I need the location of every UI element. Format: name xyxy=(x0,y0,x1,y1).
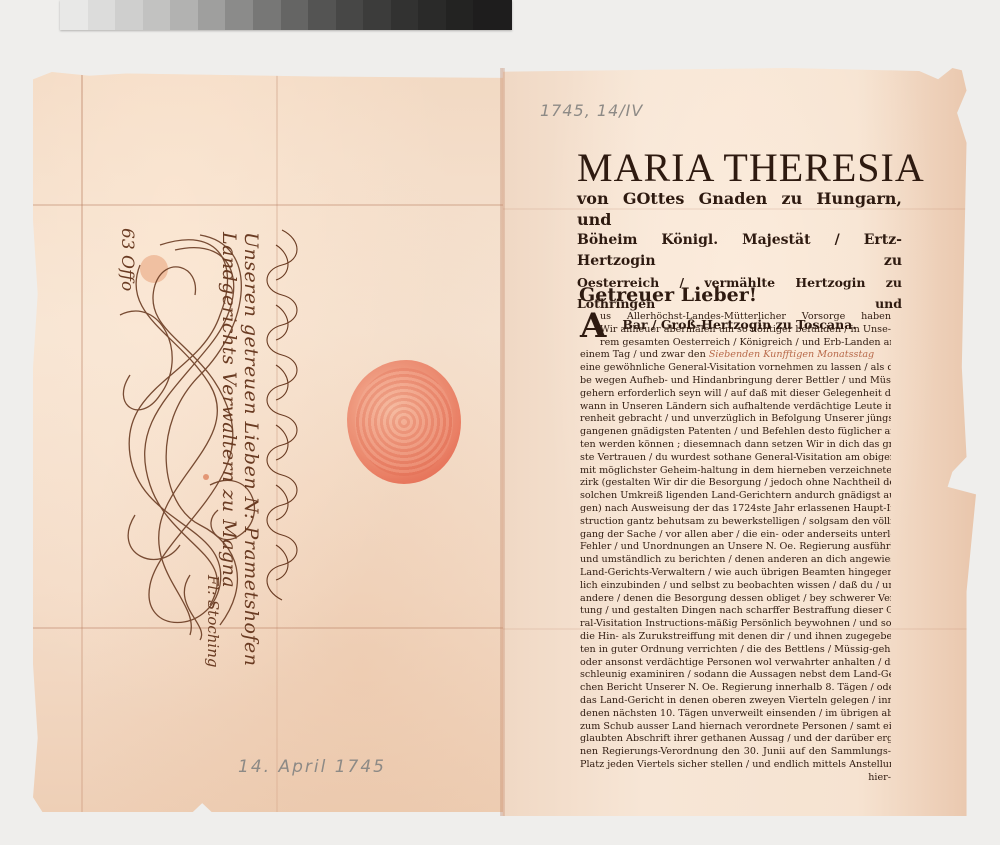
body-line: zirk (gestalten Wir dir die Besorgung / … xyxy=(580,477,891,490)
address-flourish-icon xyxy=(262,225,302,610)
body-line: gang der Sache / vor allen aber / die ei… xyxy=(580,529,891,542)
body-line: lich einzubinden / und selbst zu beobach… xyxy=(580,580,891,593)
grey-scale-patch xyxy=(473,0,512,30)
grey-scale-patch xyxy=(418,0,446,30)
archive-pencil-note: 1745, 14/IV xyxy=(540,101,643,120)
handwritten-address-line-1: Unseren getreuen Lieben N: Prametshofen xyxy=(240,232,262,667)
grey-scale-patch xyxy=(253,0,281,30)
body-line: mit möglichster Geheim-haltung in dem hi… xyxy=(580,465,891,478)
body-line: wann in Unseren Ländern sich aufhaltende… xyxy=(580,401,891,414)
grey-scale-patch xyxy=(308,0,336,30)
grey-scale-patch xyxy=(170,0,198,30)
decree-title: MARIA THERESIA xyxy=(577,148,899,188)
body-line: Platz jeden Viertels sicher stellen / un… xyxy=(580,759,891,772)
grey-scale-patch xyxy=(143,0,171,30)
grey-scale-patch xyxy=(88,0,116,30)
body-line: die Hin- als Zurukstreiffung mit denen d… xyxy=(580,631,891,644)
body-line-text: einem Tag / und zwar den xyxy=(580,349,706,360)
fold-line xyxy=(33,204,503,206)
body-line: oder ansonst verdächtige Personen wol ve… xyxy=(580,657,891,670)
handwritten-date-insert: Siebenden Kunfftigen Monatsstag xyxy=(709,349,874,360)
handwritten-signature: Fl: Stoching xyxy=(204,575,222,667)
body-line: nen Regierungs-Verordnung den 30. Junii … xyxy=(580,746,891,759)
body-line: solchen Umkreiß ligenden Land-Gerichtern… xyxy=(580,490,891,503)
body-line: ral-Visitation Instructions-mäßig Persön… xyxy=(580,618,891,631)
grey-scale-patch xyxy=(60,0,88,30)
body-line: be wegen Aufheb- und Hindanbringung dere… xyxy=(580,375,891,388)
grey-scale-patch xyxy=(225,0,253,30)
handwritten-office-note: 63 Offo xyxy=(117,228,137,291)
grey-scale-patch xyxy=(446,0,474,30)
body-line: einem Tag / und zwar den Siebenden Kunff… xyxy=(580,349,891,362)
body-line: rem gesamten Oesterreich / Königreich / … xyxy=(580,337,891,350)
body-line: und umständlich zu berichten / denen and… xyxy=(580,554,891,567)
handwritten-address-line-2: Landgerichts Verwaltern zu Magna xyxy=(218,232,240,588)
center-fold xyxy=(500,68,505,816)
body-line: tung / und gestalten Dingen nach scharff… xyxy=(580,605,891,618)
fold-line xyxy=(81,72,83,812)
grey-scale-card xyxy=(60,0,512,30)
grey-scale-patch xyxy=(281,0,309,30)
pencil-date-note: 14. April 1745 xyxy=(238,757,386,777)
subtitle-line: von GOttes Gnaden zu Hungarn, und xyxy=(577,188,902,230)
grey-scale-patch xyxy=(115,0,143,30)
body-line: us Allerhöchst-Landes-Mütterlicher Vorso… xyxy=(580,311,891,324)
body-line: schleunig examiniren / sodann die Aussag… xyxy=(580,669,891,682)
body-line: struction gantz behutsam zu bewerkstelli… xyxy=(580,516,891,529)
body-line: chen Bericht Unserer N. Oe. Regierung in… xyxy=(580,682,891,695)
body-line: ste Vertrauen / du wurdest sothane Gener… xyxy=(580,452,891,465)
body-line: gen) nach Ausweisung der das 1724ste Jah… xyxy=(580,503,891,516)
subtitle-line: Böheim Königl. Majestät / Ertz-Hertzogin… xyxy=(577,230,902,272)
grey-scale-patch xyxy=(198,0,226,30)
salutation: Getreuer Lieber! xyxy=(579,284,757,306)
catchword: hier- xyxy=(580,772,891,785)
body-line: gehern erforderlich seyn will / auf daß … xyxy=(580,388,891,401)
body-line: renheit gebracht / und unverzüglich in B… xyxy=(580,413,891,426)
body-line: andere / denen die Besorgung dessen obli… xyxy=(580,593,891,606)
body-line: denen nächsten 10. Tägen unverweilt eins… xyxy=(580,708,891,721)
grey-scale-patch xyxy=(336,0,364,30)
body-line: Wir anheuer abermalen um so nöhtiger bef… xyxy=(580,324,891,337)
wax-seal xyxy=(347,360,461,484)
decree-body: us Allerhöchst-Landes-Mütterlicher Vorso… xyxy=(580,311,891,784)
grey-scale-patch xyxy=(363,0,391,30)
body-line: ten in guter Ordnung verrichten / die de… xyxy=(580,644,891,657)
body-line: Fehler / und Unordnungen an Unsere N. Oe… xyxy=(580,541,891,554)
body-line: glaubten Abschrift ihrer gethanen Aussag… xyxy=(580,733,891,746)
body-line: eine gewöhnliche General-Visitation vorn… xyxy=(580,362,891,375)
body-line: ten werden können ; diesemnach dann setz… xyxy=(580,439,891,452)
body-line: gangenen gnädigsten Patenten / und Befeh… xyxy=(580,426,891,439)
body-line: zum Schub ausser Land hiernach verordnet… xyxy=(580,721,891,734)
body-line: das Land-Gericht in denen oberen zweyen … xyxy=(580,695,891,708)
grey-scale-patch xyxy=(391,0,419,30)
body-line: Land-Gerichts-Verwaltern / wie auch übri… xyxy=(580,567,891,580)
